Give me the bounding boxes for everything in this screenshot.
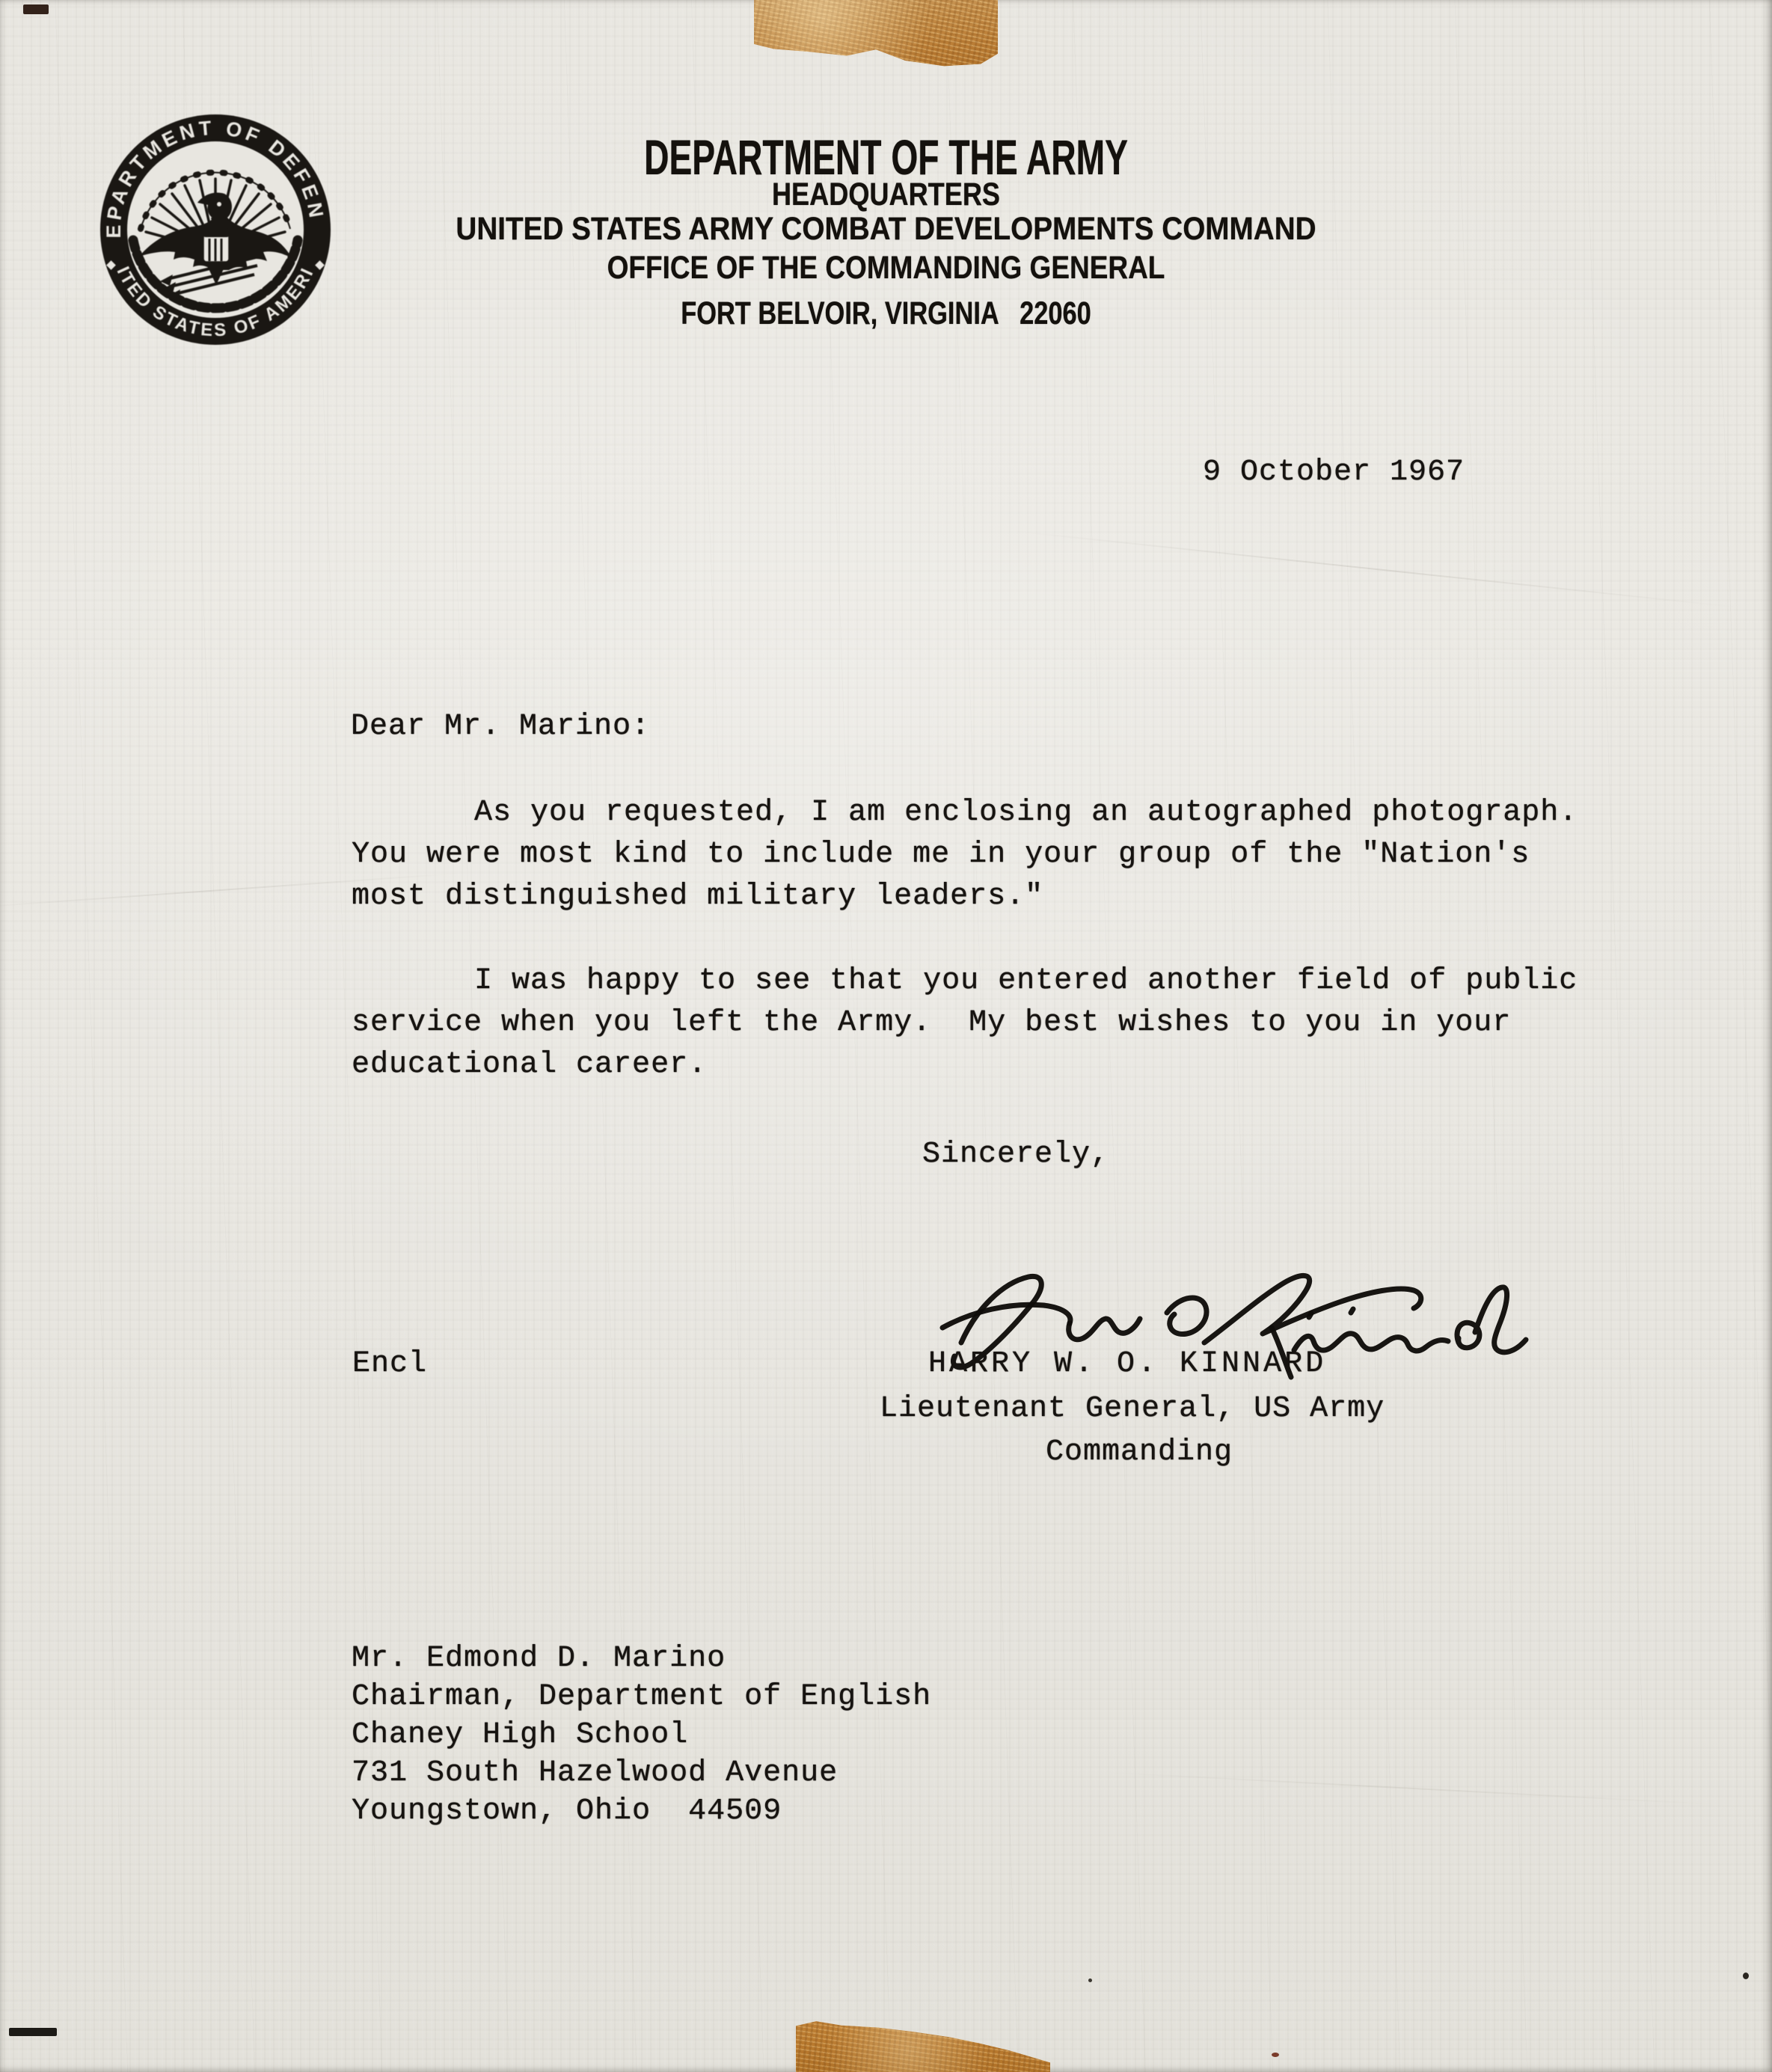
salutation-line: Dear Mr. Marino:: [351, 712, 650, 742]
signature-stroke-ard: [1457, 1287, 1526, 1352]
recipient-street: 731 South Hazelwood Avenue: [352, 1759, 838, 1789]
closing-line: Sincerely,: [922, 1140, 1109, 1170]
body-paragraph2-line1: I was happy to see that you entered anot…: [474, 966, 1578, 996]
signer-rank: Lieutenant General, US Army: [880, 1394, 1385, 1424]
body-paragraph1-line3: most distinguished military leaders.": [352, 882, 1043, 912]
dust-speck: [1088, 1978, 1092, 1982]
letterhead-location-line: FORT BELVOIR, VIRGINIA 22060: [177, 298, 1595, 330]
body-paragraph1-line2: You were most kind to include me in your…: [352, 840, 1530, 870]
recipient-name: Mr. Edmond D. Marino: [352, 1644, 726, 1674]
dust-speck: [1743, 1973, 1749, 1979]
letterhead-headquarters-line: HEADQUARTERS: [142, 179, 1631, 211]
tape-mark-top: [754, 0, 998, 69]
scan-artifact: [9, 2028, 57, 2036]
scanned-letter: DEPARTMENT OF DEFENSE UNITED STATES OF A…: [0, 0, 1772, 2072]
letterhead-department-line: DEPARTMENT OF THE ARMY: [266, 132, 1506, 182]
scan-artifact: [23, 4, 49, 14]
tape-mark-bottom: [796, 2020, 1050, 2072]
recipient-title: Chairman, Department of English: [352, 1682, 931, 1712]
paper-crease: [1012, 530, 1741, 608]
dust-speck: [1272, 2053, 1279, 2057]
recipient-school: Chaney High School: [352, 1720, 688, 1750]
letterhead-command-line: UNITED STATES ARMY COMBAT DEVELOPMENTS C…: [88, 213, 1683, 245]
body-paragraph2-line2: service when you left the Army. My best …: [352, 1008, 1511, 1038]
enclosure-note: Encl: [352, 1349, 427, 1379]
body-paragraph1-line1: As you requested, I am enclosing an auto…: [474, 798, 1578, 828]
signature-stroke-k: [1204, 1275, 1421, 1343]
paper-crease: [1108, 1772, 1720, 1806]
signature-stroke-w: [1069, 1319, 1140, 1340]
signature-stroke-hbar: [942, 1305, 1070, 1328]
tape-mark-top-texture: [754, 0, 998, 69]
signer-name: HARRY W. O. KINNARD: [928, 1349, 1326, 1379]
tape-mark-bottom-texture: [796, 2020, 1050, 2072]
letterhead-office-line: OFFICE OF THE COMMANDING GENERAL: [124, 252, 1648, 284]
date-line: 9 October 1967: [1203, 458, 1465, 488]
signature-stroke-o: [1167, 1298, 1207, 1334]
recipient-city: Youngstown, Ohio 44509: [352, 1797, 782, 1827]
body-paragraph2-line3: educational career.: [352, 1050, 707, 1080]
signer-role: Commanding: [1046, 1438, 1233, 1468]
